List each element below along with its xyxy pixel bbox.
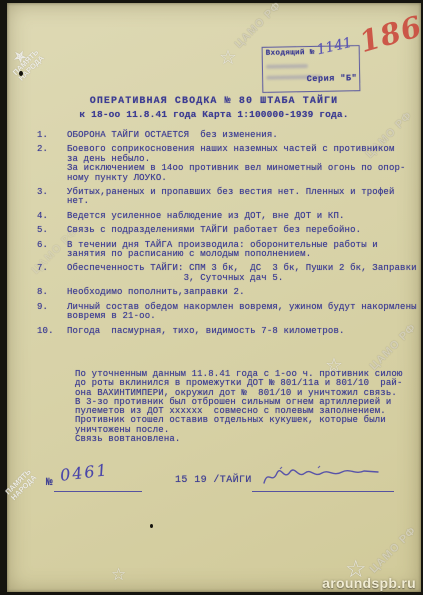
list-item: 6.В течении дня ТАЙГА производила: оборо…: [37, 241, 421, 260]
paper-speck: [19, 71, 23, 76]
star-icon: ☆: [219, 45, 237, 70]
number-sign: №: [46, 477, 53, 489]
list-item: 3.Убитых,раненых и пропавших без вестия …: [37, 188, 421, 207]
list-item: 9.Личный состав обедом накормлен вовремя…: [37, 303, 421, 322]
star-icon: ✯: [5, 41, 35, 71]
item-number: 2.: [37, 145, 67, 183]
archive-watermark: ЦАМО РФ: [233, 0, 284, 51]
stamp-series: Серия "Б": [307, 73, 358, 84]
item-number: 3.: [37, 188, 67, 207]
item-number: 5.: [37, 226, 67, 235]
item-text: Связь с подразделениями ТАЙГИ работает б…: [67, 226, 361, 235]
list-item: 2.Боевого соприкосновения наших наземных…: [37, 145, 421, 183]
star-icon: ☆: [111, 565, 126, 585]
item-text: Погода пасмурная, тихо, видимость 7-8 ки…: [67, 327, 345, 336]
item-text: Личный состав обедом накормлен вовремя, …: [67, 303, 417, 322]
title-line-1: ОПЕРАТИВНАЯ СВОДКА № 80 ШТАБА ТАЙГИ: [7, 96, 421, 107]
red-handwritten-number: 186: [356, 9, 423, 59]
star-icon: ☆: [345, 555, 367, 584]
paper-speck: [150, 524, 153, 528]
stamp-handwritten-number: 1141: [315, 35, 353, 59]
item-number: 9.: [37, 303, 67, 322]
item-number: 8.: [37, 288, 67, 297]
document-page: ЦАМО РФ ЦАМО РФ ЦАМО РФ ЦАМО РФ ЦАМО РФ …: [7, 3, 421, 592]
memory-of-people-watermark: ✯ ПАМЯТЬ НАРОДА: [5, 41, 46, 82]
addendum: По уточненным данным 11.8.41 года с 1-оо…: [75, 370, 403, 444]
item-number: 7.: [37, 264, 67, 283]
site-watermark: aroundspb.ru: [322, 575, 416, 591]
underline: [54, 491, 142, 492]
item-number: 1.: [37, 131, 67, 140]
list-item: 4.Ведется усиленное наблюдение из ДОТ, в…: [37, 212, 421, 221]
footer-signature-block: № 0461 15 19 /ТАЙГИ: [44, 465, 404, 511]
memory-of-people-watermark: ПАМЯТЬ НАРОДА: [4, 468, 38, 502]
list-item: 10.Погода пасмурная, тихо, видимость 7-8…: [37, 327, 421, 336]
incoming-stamp: Входящий № 1141 Серия "Б": [262, 45, 361, 93]
item-text: ОБОРОНА ТАЙГИ ОСТАЕТСЯ без изменения.: [67, 131, 278, 140]
underline: [252, 491, 394, 492]
item-number: 4.: [37, 212, 67, 221]
outgoing-number-handwritten: 0461: [59, 460, 110, 485]
stamp-label: Входящий №: [266, 49, 315, 58]
addendum-line: Связь вовтановлена.: [75, 435, 403, 444]
item-text: Обеспеченность ТАЙГИ: СПМ 3 бк, ДС 3 бк,…: [67, 264, 417, 283]
list-item: 7.Обеспеченность ТАЙГИ: СПМ 3 бк, ДС 3 б…: [37, 264, 421, 283]
item-text: Необходимо пополнить,заправки 2.: [67, 288, 245, 297]
title-line-2: к 18-оо 11.8.41 года Карта 1:100000-1939…: [7, 109, 421, 120]
list-item: 8.Необходимо пополнить,заправки 2.: [37, 288, 421, 297]
report-list: 1.ОБОРОНА ТАЙГИ ОСТАЕТСЯ без изменения.2…: [37, 131, 421, 341]
item-number: 6.: [37, 241, 67, 260]
document-title: ОПЕРАТИВНАЯ СВОДКА № 80 ШТАБА ТАЙГИ к 18…: [7, 96, 421, 120]
typed-signature-line: 15 19 /ТАЙГИ: [175, 475, 252, 486]
list-item: 5.Связь с подразделениями ТАЙГИ работает…: [37, 226, 421, 235]
item-text: Убитых,раненых и пропавших без вестия не…: [67, 188, 395, 207]
item-text: В течении дня ТАЙГА производила: оборони…: [67, 241, 378, 260]
item-number: 10.: [37, 327, 67, 336]
handwritten-signature: [260, 463, 388, 491]
list-item: 1.ОБОРОНА ТАЙГИ ОСТАЕТСЯ без изменения.: [37, 131, 421, 140]
item-text: Боевого соприкосновения наших наземных ч…: [67, 145, 406, 183]
archive-watermark: ЦАМО РФ: [368, 524, 419, 575]
item-text: Ведется усиленное наблюдение из ДОТ, вне…: [67, 212, 345, 221]
